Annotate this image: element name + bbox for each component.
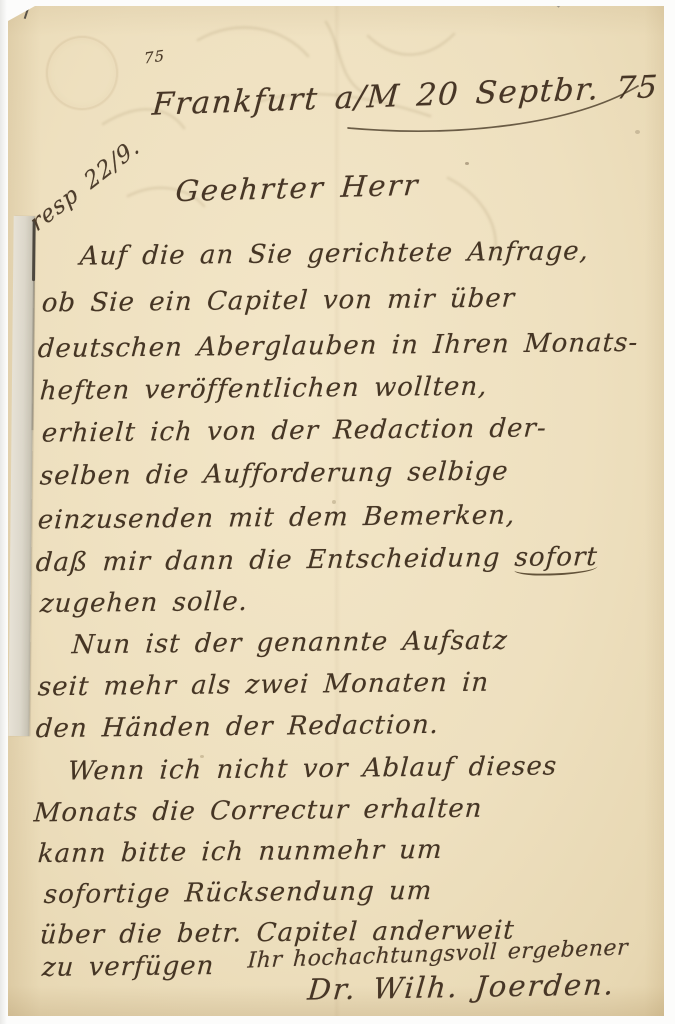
signature: Dr. Wilh. Joerden.	[306, 967, 617, 1006]
letter-line: selben die Aufforderung selbige	[39, 457, 510, 492]
letter-line: Wenn ich nicht vor Ablauf dieses	[67, 751, 558, 786]
letter-line: daß mir dann die Entscheidung sofort	[35, 542, 599, 578]
letter-line: seit mehr als zwei Monaten in	[37, 668, 490, 703]
scanned-letter: resp 22/9. 75 Frankfurt a/M 20 Septbr. 7…	[0, 0, 675, 1024]
letter-line: Auf die an Sie gerichtete Anfrage,	[79, 236, 590, 271]
letter-line: zu verfügen	[41, 951, 215, 983]
letter-line: kann bitte ich nunmehr um	[37, 835, 444, 869]
letter-line: heften veröffentlichen wollten,	[39, 372, 488, 407]
letter-line: einzusenden mit dem Bemerken,	[37, 501, 516, 536]
letter-line: erhielt ich von der Redaction der-	[41, 413, 548, 448]
letter-line: sofortige Rücksendung um	[43, 876, 433, 910]
letter-line-text: daß mir dann die Entscheidung	[35, 543, 516, 578]
letter-line: Nun ist der genannte Aufsatz	[71, 626, 509, 661]
letter-line: ob Sie ein Capitel von mir über	[41, 284, 516, 319]
letter-line: zugehen solle.	[39, 587, 249, 619]
letter-page: resp 22/9. 75 Frankfurt a/M 20 Septbr. 7…	[8, 6, 664, 1016]
underlined-word: sofort	[514, 542, 599, 576]
letter-line: den Händen der Redaction.	[35, 710, 440, 744]
letter-line: Monats die Correctur erhalten	[33, 794, 483, 829]
letter-line: deutschen Aberglauben in Ihren Monats-	[37, 328, 639, 364]
salutation: Geehrter Herr	[174, 168, 420, 208]
